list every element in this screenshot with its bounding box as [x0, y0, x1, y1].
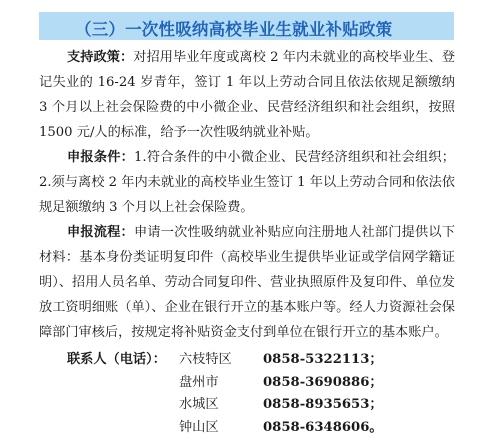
application-process-paragraph: 申报流程：申请一次性吸纳就业补贴应向注册地人社部门提供以下材料：基本身份类证明复… [39, 220, 455, 345]
contact-district: 盘州市 [179, 371, 219, 390]
contact-phone: 0858-8935653； [263, 393, 383, 412]
contacts-label: 联系人（电话）： [67, 348, 166, 367]
section-header-band: （三）一次性吸纳高校毕业生就业补贴政策 [39, 12, 454, 40]
application-process-text: 申请一次性吸纳就业补贴应向注册地人社部门提供以下材料：基本身份类证明复印件（高校… [39, 225, 455, 340]
section-title: （三）一次性吸纳高校毕业生就业补贴政策 [75, 16, 392, 40]
contact-phone: 0858-6348606。 [263, 416, 383, 435]
application-process-label: 申报流程： [67, 225, 134, 240]
application-conditions-label: 申报条件： [67, 150, 134, 165]
contact-phone: 0858-3690886； [263, 371, 383, 390]
application-conditions-paragraph: 申报条件：1.符合条件的中小微企业、民营经济组织和社会组织；2.须与离校 2 年… [39, 145, 455, 220]
contact-district: 水城区 [179, 393, 219, 412]
contact-district: 钟山区 [179, 416, 219, 435]
contact-district: 六枝特区 [179, 348, 232, 367]
policy-body: 支持政策：对招用毕业年度或离校 2 年内未就业的高校毕业生、登记失业的 16-2… [39, 45, 455, 345]
support-policy-label: 支持政策： [67, 50, 133, 65]
support-policy-paragraph: 支持政策：对招用毕业年度或离校 2 年内未就业的高校毕业生、登记失业的 16-2… [39, 45, 455, 145]
contact-phone: 0858-5322113； [263, 348, 383, 367]
